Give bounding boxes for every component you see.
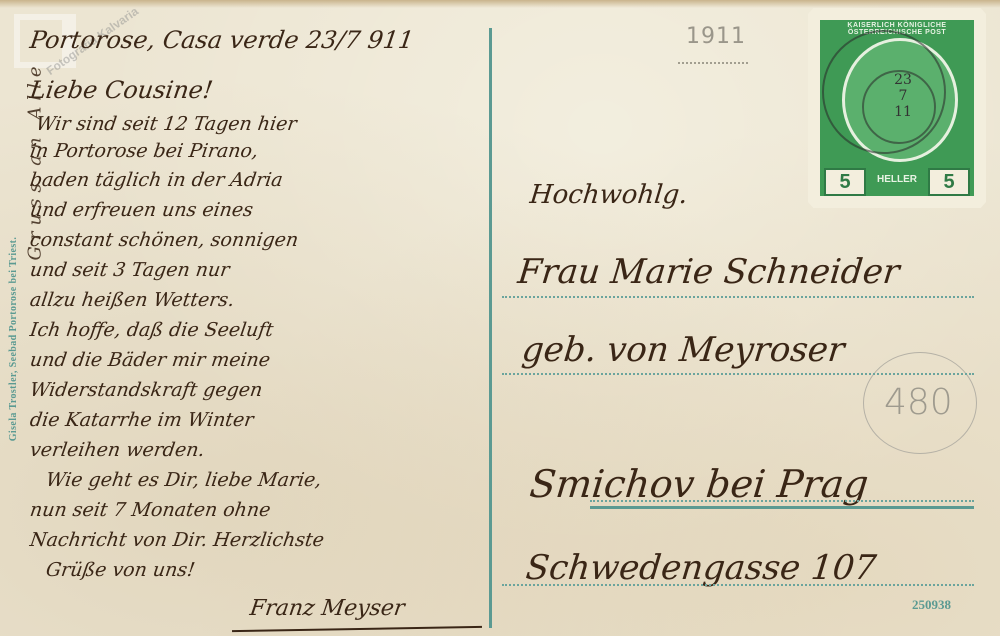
message-line: nun seit 7 Monaten ohne bbox=[28, 498, 272, 523]
address-dotted-line bbox=[502, 584, 974, 586]
postmark-month: 7 bbox=[892, 88, 914, 104]
message-line: Wie geht es Dir, liebe Marie, bbox=[44, 468, 323, 493]
message-line: und die Bäder mir meine bbox=[28, 348, 272, 373]
address-underline bbox=[590, 506, 974, 509]
printer-imprint: Gisela Trostler, Seebad Portorose bei Tr… bbox=[8, 204, 22, 474]
address-dotted-line bbox=[590, 500, 974, 502]
message-line: und seit 3 Tagen nur bbox=[28, 258, 231, 283]
message-line: Wir sind seit 12 Tagen hier bbox=[34, 112, 298, 137]
message-line: Ich hoffe, daß die Seeluft bbox=[28, 318, 275, 343]
postmark-year: 11 bbox=[892, 104, 914, 120]
message-line: Grüße von uns! bbox=[44, 558, 196, 583]
stamp-currency: HELLER bbox=[872, 174, 922, 185]
message-line: Widerstandskraft gegen bbox=[28, 378, 264, 403]
message-line: baden täglich in der Adria bbox=[28, 168, 284, 193]
address-line-1: Frau Marie Schneider bbox=[516, 252, 901, 292]
stamp-value-right: 5 bbox=[928, 168, 970, 196]
message-line: constant schönen, sonnigen bbox=[28, 228, 300, 253]
address-salutation: Hochwohlg. bbox=[528, 180, 689, 210]
signature: Franz Meyser bbox=[248, 596, 406, 621]
address-dotted-line bbox=[502, 296, 974, 298]
message-line: Nachricht von Dir. Herzlichste bbox=[28, 528, 325, 553]
message-greeting: Liebe Cousine! bbox=[28, 78, 214, 103]
postcard: Fotografia Kalvaria Gruss an Alle Gisela… bbox=[0, 0, 1000, 636]
message-line: allzu heißen Wetters. bbox=[28, 288, 236, 313]
worn-edge bbox=[0, 0, 1000, 8]
address-dotted-line bbox=[502, 373, 974, 375]
message-dateline: Portorose, Casa verde 23/7 911 bbox=[28, 28, 415, 53]
pencil-squiggle bbox=[678, 56, 748, 64]
message-line: und erfreuen uns eines bbox=[28, 198, 254, 223]
message-line: die Katarrhe im Winter bbox=[28, 408, 255, 433]
address-line-4: Schwedengasse 107 bbox=[524, 548, 878, 588]
postmark-date: 23 7 11 bbox=[892, 72, 914, 120]
center-divider-line bbox=[489, 28, 492, 628]
address-line-2: geb. von Meyroser bbox=[520, 330, 847, 370]
postmark-day: 23 bbox=[892, 72, 914, 88]
message-line: in Portorose bei Pirano, bbox=[28, 139, 260, 164]
stamp-value-left: 5 bbox=[824, 168, 866, 196]
message-line: verleihen werden. bbox=[28, 438, 206, 463]
pencil-year-note: 1911 bbox=[686, 24, 746, 49]
signature-underline bbox=[232, 626, 482, 632]
serial-number: 250938 bbox=[912, 597, 951, 613]
pencil-circled-number: 480 bbox=[884, 382, 953, 423]
